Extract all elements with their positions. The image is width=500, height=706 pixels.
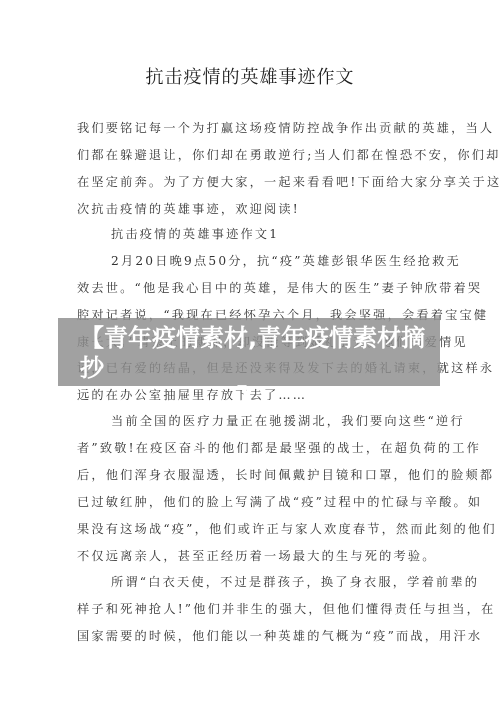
paragraph-line: 所谓“白衣天使，不过是群孩子，换了身衣服，学着前辈的 xyxy=(111,575,461,589)
paragraph-line: 已过敏红肿，他们的脸上写满了战“疫”过程中的忙碌与辛酸。如 xyxy=(77,495,427,509)
paragraph-line: 抗击疫情的英雄事迹作文1 xyxy=(111,227,461,241)
paragraph-line: 者”致敬!在疫区奋斗的他们都是最坚强的战士，在超负荷的工作 xyxy=(77,441,427,455)
paragraph-line: 果没有这场战“疫”，他们或许正与家人欢度春节，然而此刻的他们 xyxy=(77,522,427,536)
banner-title-line-1: 【青年疫情素材,青年疫情素材摘抄 xyxy=(80,323,440,383)
paragraph-line: 当前全国的医疗力量正在驰援湖北，我们要向这些“逆行 xyxy=(111,414,461,428)
paragraph-line: 后，他们浑身衣服湿透，长时间佩戴护目镜和口罩，他们的脸颊都 xyxy=(77,468,427,482)
paragraph-line: 样子和死神抢人!”他们并非生的强大，但他们懂得责任与担当，在 xyxy=(77,602,427,616)
paragraph-line: 效去世。“他是我心目中的英雄，是伟大的医生”妻子钟欣带着哭 xyxy=(77,281,427,295)
paragraph-line: 次抗击疫情的英雄事迹，欢迎阅读! xyxy=(77,202,427,216)
document-title: 抗击疫情的英雄事迹作文 xyxy=(0,63,500,89)
title-banner: 【青年疫情素材,青年疫情素材摘抄 】 xyxy=(58,318,440,413)
banner-title-line-2: 】 xyxy=(80,383,440,413)
document-page: 抗击疫情的英雄事迹作文 我们要铭记每一个为打赢这场疫情防控战争作出贡献的英雄，当… xyxy=(0,0,500,706)
paragraph-line: 在坚定前奔。为了方便大家，一起来看看吧!下面给大家分享关于这 xyxy=(77,175,427,189)
paragraph-line: 国家需要的时候，他们能以一种英雄的气概为“疫”而战，用汗水 xyxy=(77,629,427,643)
paragraph-line: 2月20日晚9点50分，抗“疫”英雄彭银华医生经抢救无 xyxy=(111,254,461,268)
paragraph-line: 们都在躲避退让，你们却在勇敢逆行;当人们都在惶恐不安，你们却 xyxy=(77,148,427,162)
paragraph-line: 我们要铭记每一个为打赢这场疫情防控战争作出贡献的英雄，当人 xyxy=(77,121,427,135)
paragraph-line: 不仅远离亲人，甚至正经历着一场最大的生与死的考验。 xyxy=(77,549,427,563)
